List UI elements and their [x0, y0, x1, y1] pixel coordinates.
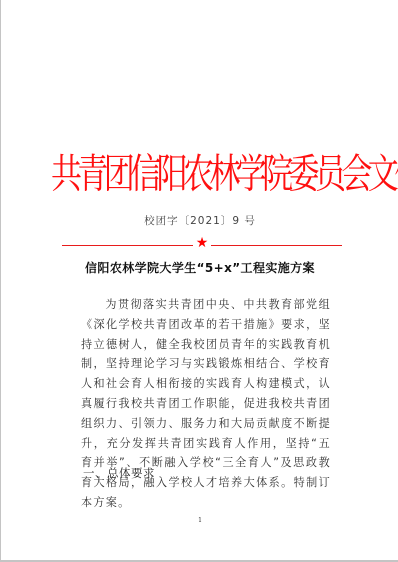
star-icon: ★: [194, 234, 210, 252]
document-title: 信阳农林学院大学生“5+x”工程实施方案: [1, 259, 398, 276]
document-page: 共青团信阳农林学院委员会文件 校团字〔2021〕9 号 ★ 信阳农林学院大学生“…: [0, 0, 398, 562]
page-number: 1: [1, 517, 398, 524]
section-heading: 一、总体要求: [83, 465, 155, 481]
red-header-title: 共青团信阳农林学院委员会文件: [51, 146, 351, 203]
document-number: 校团字〔2021〕9 号: [1, 213, 398, 228]
red-rule-divider: ★: [62, 236, 342, 250]
rule-line-right: [211, 245, 342, 246]
rule-line-left: [62, 245, 193, 246]
